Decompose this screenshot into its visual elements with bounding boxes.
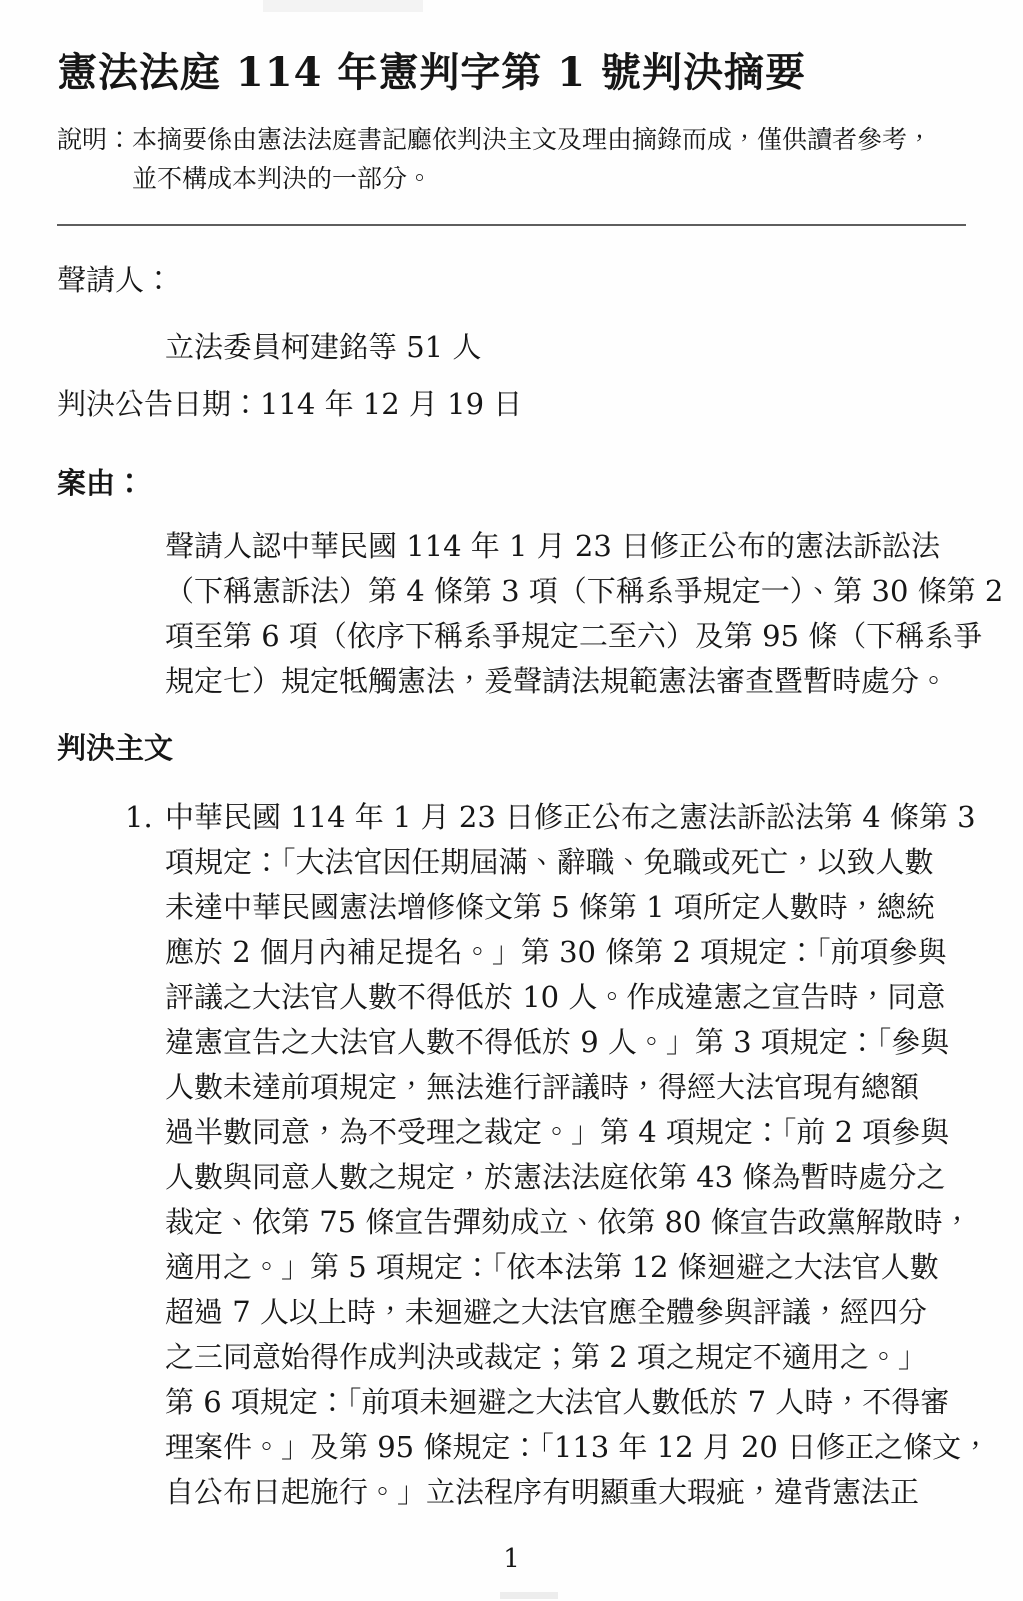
holding-line: 適用之。」第 5 項規定：「依本法第 12 條迴避之大法官人數 (165, 1245, 966, 1290)
cause-line: 規定七）規定牴觸憲法，爰聲請法規範憲法審查暨暫時處分。 (165, 659, 966, 704)
holding-line: 評議之大法官人數不得低於 10 人。作成違憲之宣告時，同意 (165, 975, 966, 1020)
petitioner-name: 立法委員柯建銘等 51 人 (57, 325, 966, 370)
holding-line: 超過 7 人以上時，未迴避之大法官應全體參與評議，經四分 (165, 1290, 966, 1335)
page-number: 1 (0, 1543, 1023, 1575)
holding-line: 自公布日起施行。」立法程序有明顯重大瑕疵，違背憲法正 (165, 1470, 966, 1515)
holding-line: 過半數同意，為不受理之裁定。」第 4 項規定：「前 2 項參與 (165, 1110, 966, 1155)
page-title: 憲法法庭 114 年憲判字第 1 號判決摘要 (57, 46, 966, 100)
cause-line: 聲請人認中華民國 114 年 1 月 23 日修正公布的憲法訴訟法 (165, 524, 966, 569)
scan-artifact-top (263, 0, 423, 12)
holding-line: 裁定、依第 75 條宣告彈劾成立、依第 80 條宣告政黨解散時， (165, 1200, 966, 1245)
note-line: 說明：本摘要係由憲法法庭書記廳依判決主文及理由摘錄而成，僅供讀者參考， (132, 120, 966, 159)
holding-line: 違憲宣告之大法官人數不得低於 9 人。」第 3 項規定：「參與 (165, 1020, 966, 1065)
petitioner-label: 聲請人： (57, 258, 966, 303)
list-number: 1. (125, 795, 153, 840)
note-line: 並不構成本判決的一部分。 (132, 159, 966, 198)
holding-item-text: 中華民國 114 年 1 月 23 日修正公布之憲法訴訟法第 4 條第 3 項規… (165, 795, 966, 1515)
holding-item-1: 1. 中華民國 114 年 1 月 23 日修正公布之憲法訴訟法第 4 條第 3… (57, 795, 966, 1515)
note-label: 說明： (57, 125, 132, 154)
holding-line: 中華民國 114 年 1 月 23 日修正公布之憲法訴訟法第 4 條第 3 (165, 795, 966, 840)
cause-paragraph: 聲請人認中華民國 114 年 1 月 23 日修正公布的憲法訴訟法 （下稱憲訴法… (57, 524, 966, 704)
holding-line: 第 6 項規定：「前項未迴避之大法官人數低於 7 人時，不得審 (165, 1380, 966, 1425)
holding-line: 人數與同意人數之規定，於憲法法庭依第 43 條為暫時處分之 (165, 1155, 966, 1200)
judgment-date: 判決公告日期：114 年 12 月 19 日 (57, 382, 966, 427)
holding-heading: 判決主文 (57, 726, 966, 771)
divider (57, 224, 966, 226)
editorial-note: 說明：本摘要係由憲法法庭書記廳依判決主文及理由摘錄而成，僅供讀者參考， 並不構成… (57, 120, 966, 198)
holding-line: 理案件。」及第 95 條規定：「113 年 12 月 20 日修正之條文， (165, 1425, 966, 1470)
cause-line: 項至第 6 項（依序下稱系爭規定二至六）及第 95 條（下稱系爭 (165, 614, 966, 659)
document-page: 憲法法庭 114 年憲判字第 1 號判決摘要 說明：本摘要係由憲法法庭書記廳依判… (0, 0, 1023, 1601)
holding-line: 項規定：「大法官因任期屆滿、辭職、免職或死亡，以致人數 (165, 840, 966, 885)
cause-line: （下稱憲訴法）第 4 條第 3 項（下稱系爭規定一）、第 30 條第 2 (165, 569, 966, 614)
note-text: 本摘要係由憲法法庭書記廳依判決主文及理由摘錄而成，僅供讀者參考， (132, 125, 932, 154)
cause-heading: 案由： (57, 461, 966, 506)
holding-line: 人數未達前項規定，無法進行評議時，得經大法官現有總額 (165, 1065, 966, 1110)
holding-line: 之三同意始得作成判決或裁定；第 2 項之規定不適用之。」 (165, 1335, 966, 1380)
scan-artifact-bottom (500, 1592, 558, 1599)
holding-line: 未達中華民國憲法增修條文第 5 條第 1 項所定人數時，總統 (165, 885, 966, 930)
holding-line: 應於 2 個月內補足提名。」第 30 條第 2 項規定：「前項參與 (165, 930, 966, 975)
